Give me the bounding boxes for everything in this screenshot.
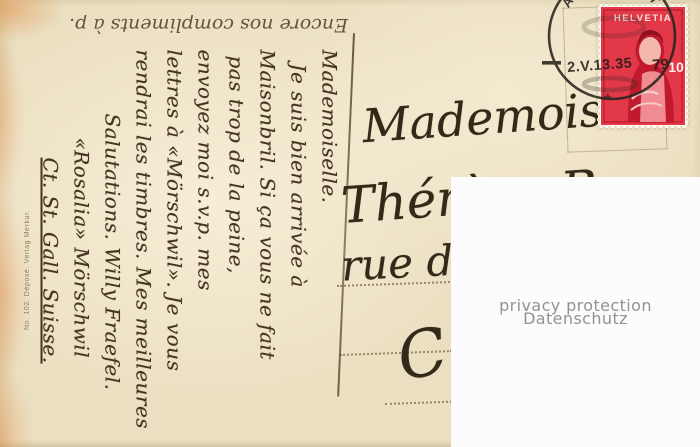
handwritten-message: Mademoiselle. Je suis bien arrivée à Mai… bbox=[35, 50, 345, 445]
privacy-overlay: privacy protection Datenschutz bbox=[451, 177, 700, 447]
postmark-circle bbox=[549, 0, 675, 99]
address-dotted-line bbox=[385, 401, 452, 405]
postmark-date: 2.V.13.35 bbox=[567, 55, 633, 76]
message-line: Salutations. Willy Fraefel. bbox=[97, 50, 128, 445]
message-line: rendrai les timbres. Mes meilleures bbox=[128, 50, 159, 445]
postmark-number: 79 bbox=[652, 56, 670, 74]
postmark-cross-ornament: ✚ bbox=[604, 93, 612, 103]
message-line: Maisonbril. Si ça vous ne fait bbox=[252, 50, 283, 445]
message-line: lettres à «Mörschwil». Je vous bbox=[159, 50, 190, 445]
postmark-smudge bbox=[584, 18, 644, 36]
message-line: pas trop de la peine, bbox=[221, 50, 252, 445]
message-line: Je suis bien arrivée à bbox=[283, 50, 314, 445]
top-edge-message-line: Encore nos compliments à p. bbox=[28, 4, 348, 36]
message-line: envoyez moi s.v.p. mes bbox=[190, 50, 221, 445]
message-line: Ct. St. Gall. Suisse. bbox=[35, 50, 66, 445]
svg-text:AMBULANT: AMBULANT bbox=[559, 0, 666, 10]
message-line: «Rosalia» Mörschwil bbox=[66, 50, 97, 445]
address-flourish: C bbox=[391, 314, 454, 397]
postmark-left-bar bbox=[542, 61, 561, 65]
postcard-back: Mademoiselle. Je suis bien arrivée à Mai… bbox=[0, 0, 700, 447]
postmark: AMBULANT 2.V.13.35 79 ✚ bbox=[540, 0, 690, 112]
publisher-imprint: No. 102. Déposé. Verlag Merkur. bbox=[24, 135, 35, 330]
postmark-route: AMBULANT bbox=[559, 0, 666, 10]
privacy-line-2: Datenschutz bbox=[523, 312, 628, 325]
postmark-smudge bbox=[584, 78, 636, 90]
